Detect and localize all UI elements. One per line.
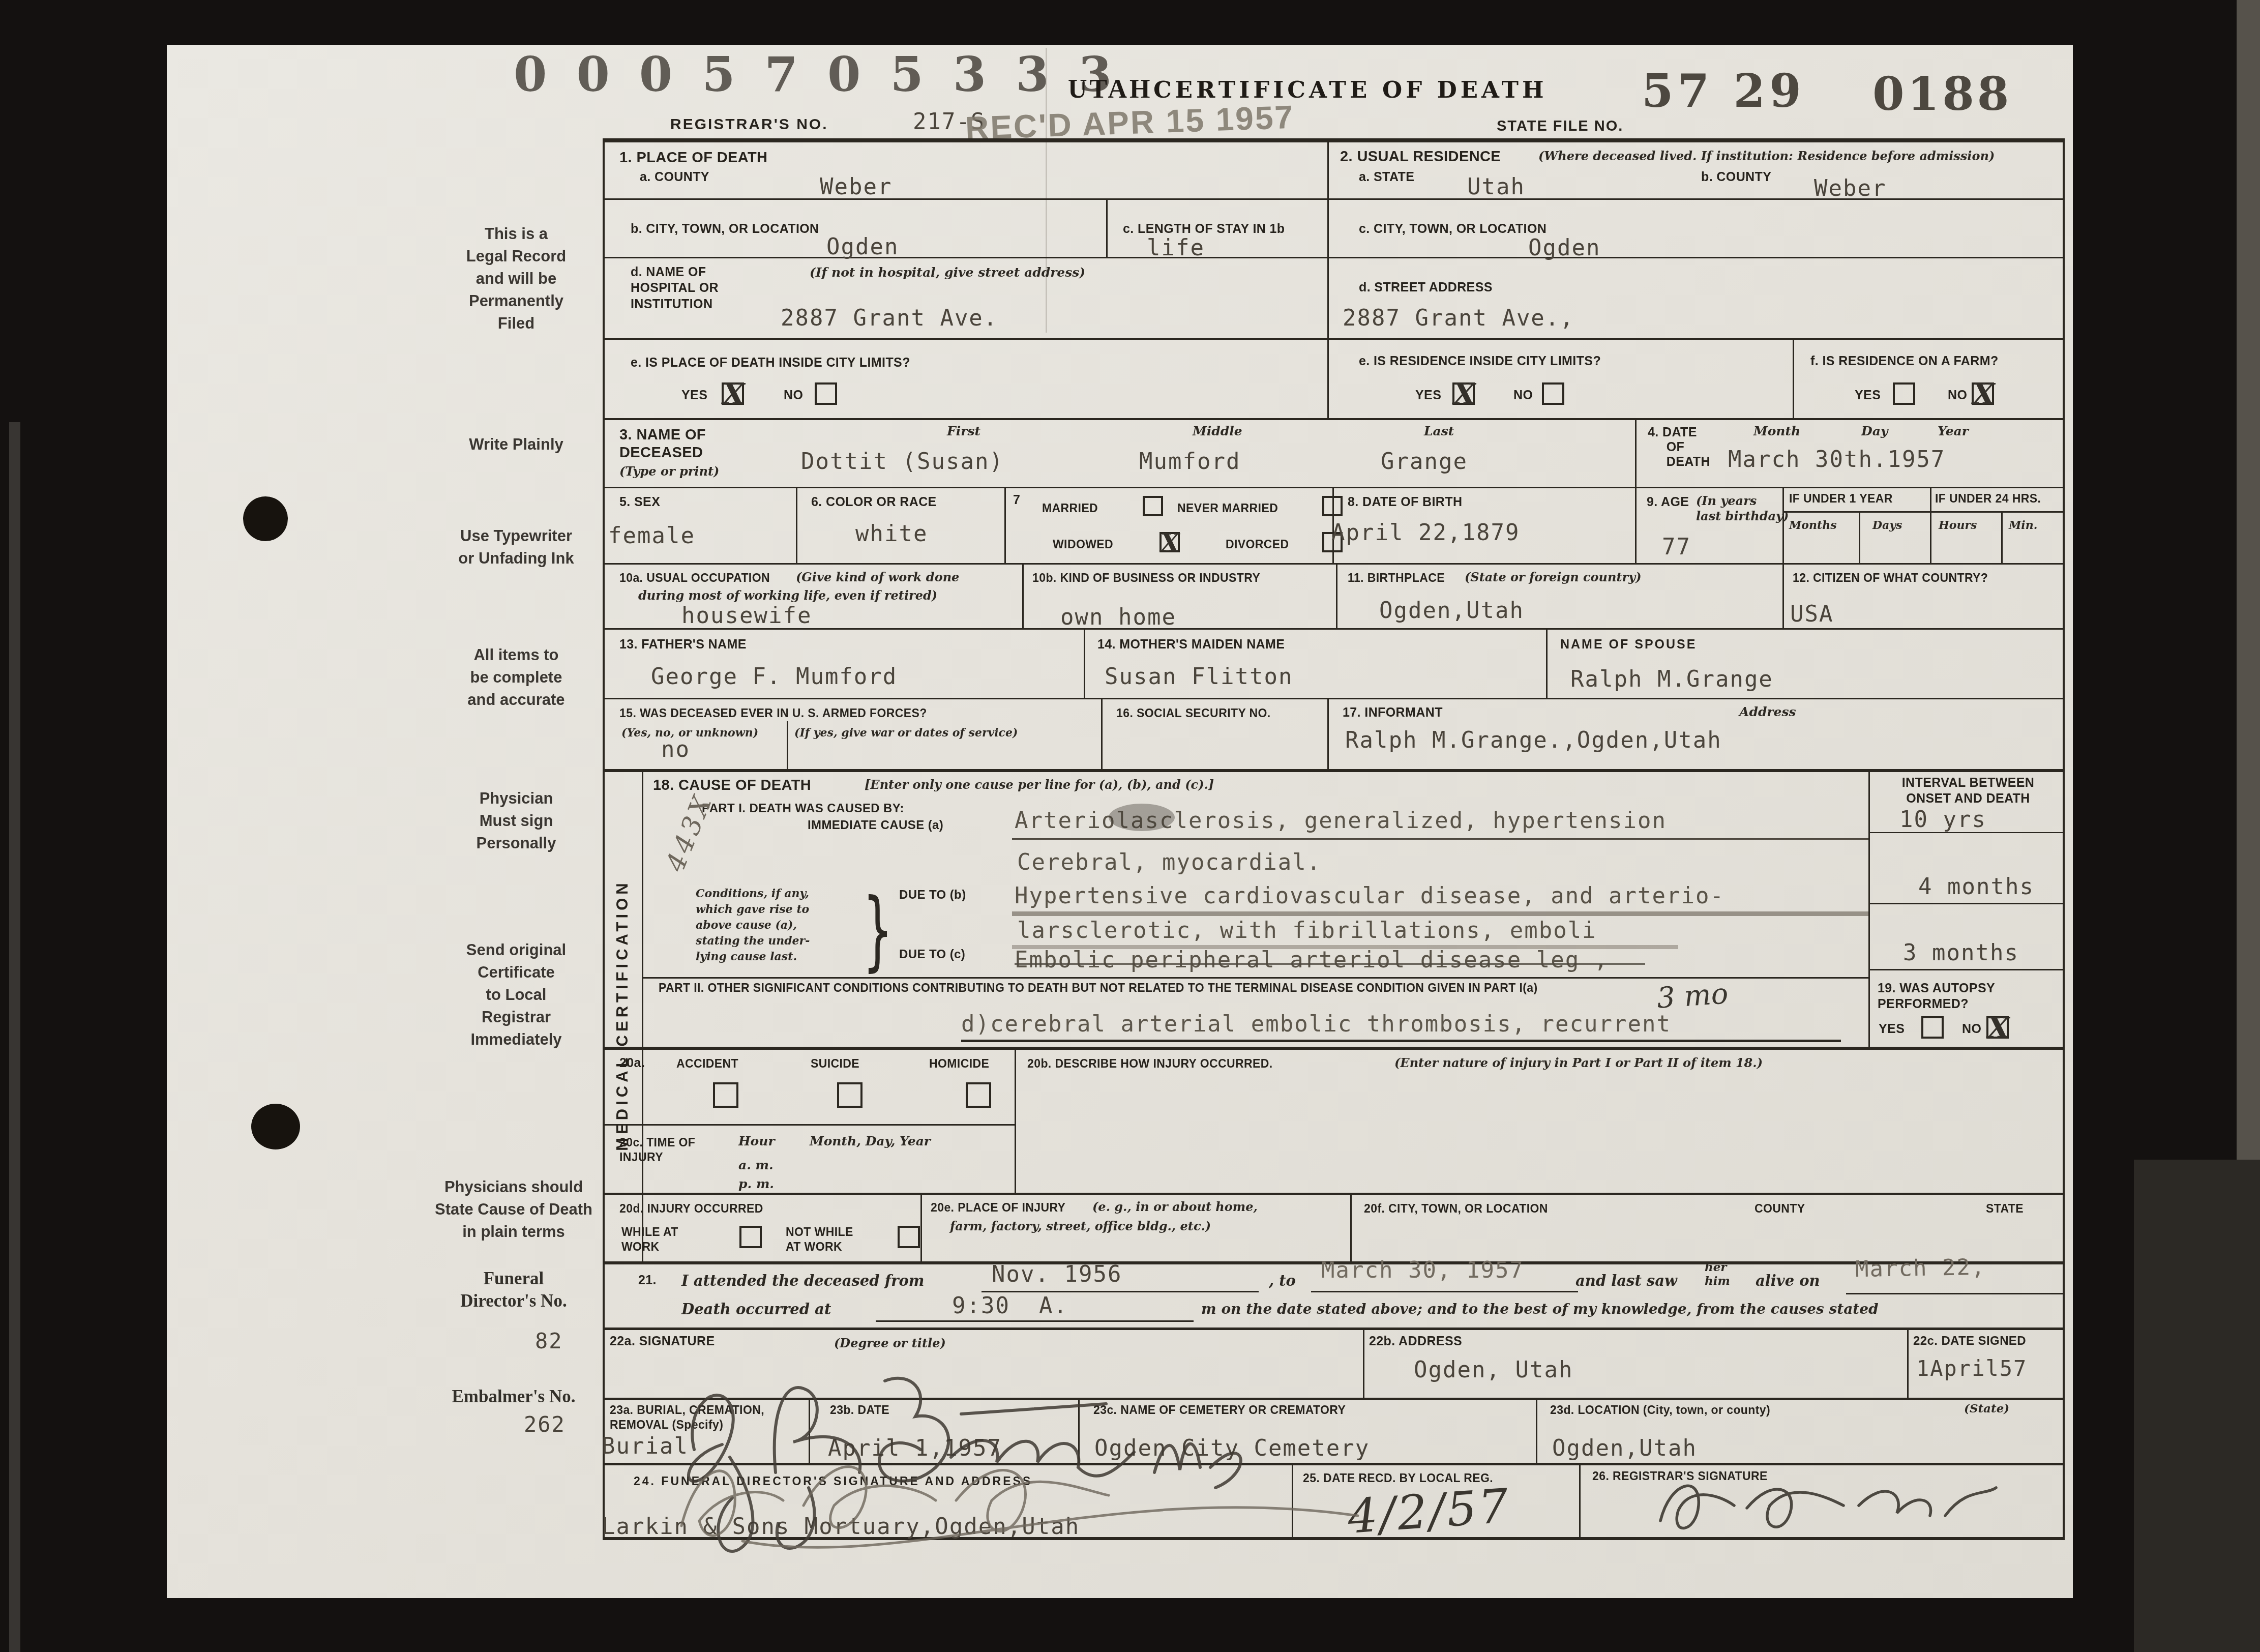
field-21-text6: m on the date stated above; and to the b… <box>1201 1300 1879 1318</box>
right-scan-strip <box>2237 0 2260 1160</box>
field-2e-no-checkbox <box>1542 382 1564 405</box>
field-12-value: USA <box>1790 601 1833 627</box>
field-9-min-label: Min. <box>2009 519 2037 533</box>
field-1b-value: Ogden <box>826 234 899 260</box>
field-18-part1-label: PART I. DEATH WAS CAUSED BY: <box>702 801 904 816</box>
field-1a-value: Weber <box>820 174 892 200</box>
field-8-label: 8. DATE OF BIRTH <box>1348 494 1462 510</box>
rule <box>1015 1047 1016 1194</box>
field-4-day-label: Day <box>1861 423 1888 439</box>
field-9-value: 77 <box>1662 534 1691 560</box>
field-14-label: 14. MOTHER'S MAIDEN NAME <box>1097 637 1285 653</box>
field-20f-label: 20f. CITY, TOWN, OR LOCATION <box>1364 1201 1548 1216</box>
field-2d-label: d. STREET ADDRESS <box>1359 280 1493 296</box>
field-2a-label: a. STATE <box>1359 169 1414 185</box>
field-3-last-label: Last <box>1424 423 1454 439</box>
rule <box>796 487 797 565</box>
field-9-under1-label: IF UNDER 1 YEAR <box>1789 491 1893 506</box>
field-18-part2-value: d)cerebral arterial embolic thrombosis, … <box>961 1011 1671 1037</box>
field-2-hint: (Where deceased lived. If institution: R… <box>1538 149 1995 164</box>
field-7-widowed-mark: X <box>1161 529 1179 557</box>
margin-note-physician-sign: Physician Must sign Personally <box>420 787 613 854</box>
rule <box>1859 511 1860 565</box>
rule <box>1930 487 1931 565</box>
field-13-value: George F. Mumford <box>651 664 897 690</box>
field-13-label: 13. FATHER'S NAME <box>619 637 747 653</box>
field-11-label: 11. BIRTHPLACE <box>1348 571 1445 585</box>
field-20a-suicide-label: SUICIDE <box>811 1056 859 1071</box>
field-22c-value: 1April57 <box>1916 1356 2027 1381</box>
field-18-title-hint: [Enter only one cause per line for (a), … <box>865 777 1214 792</box>
field-20a-accident-label: ACCIDENT <box>676 1056 738 1071</box>
field-20c-am-label: a. m. <box>738 1157 774 1173</box>
field-7-widowed-label: WIDOWED <box>1053 537 1113 552</box>
margin-note-use-typewriter: Use Typewriter or Unfading Ink <box>420 525 613 570</box>
field-4-month-label: Month <box>1753 423 1800 439</box>
entry-underline <box>1012 838 1868 840</box>
field-18-part2-label: PART II. OTHER SIGNIFICANT CONDITIONS CO… <box>659 981 1538 995</box>
field-23d-label: 23d. LOCATION (City, town, or county) <box>1550 1403 1770 1418</box>
state-file-stamp-left: 57 29 <box>1642 64 1805 118</box>
field-2e-yes-checkbox: X <box>1452 382 1475 405</box>
state-file-no-label: STATE FILE NO. <box>1497 117 1623 135</box>
rule <box>603 1193 2064 1195</box>
field-18-interval-c: 3 months <box>1903 940 2019 966</box>
rule <box>642 977 1868 979</box>
field-18-interval-b: 4 months <box>1918 874 2034 900</box>
field-20d-notwhile-label: NOT WHILE AT WORK <box>786 1225 853 1254</box>
rule <box>603 257 2064 258</box>
field-18b-line1: Hypertensive cardiovascular disease, and… <box>1015 883 1724 909</box>
rule <box>2063 138 2065 1540</box>
field-1e-yes-checkbox: X <box>722 382 744 405</box>
rule <box>603 698 2064 699</box>
field-20b-label: 20b. DESCRIBE HOW INJURY OCCURRED. <box>1027 1056 1273 1071</box>
rule <box>1022 563 1024 630</box>
field-9-hint: (In years last birthday) <box>1696 493 1789 524</box>
field-1a-label: a. COUNTY <box>640 169 709 185</box>
rule <box>1327 698 1329 771</box>
field-7-widowed-checkbox: X <box>1159 532 1180 552</box>
field-20f-state-label: STATE <box>1986 1201 2024 1216</box>
field-spouse-value: Ralph M.Grange <box>1570 666 1773 692</box>
field-20e-hint1: (e. g., in or about home, <box>1092 1199 1258 1215</box>
field-20c-label: 20c. TIME OF INJURY <box>619 1135 695 1165</box>
field-19-no-checkbox: X <box>1986 1016 2009 1039</box>
field-21-value-lastseen: March 22, <box>1855 1254 1986 1282</box>
field-21-num: 21. <box>638 1273 657 1288</box>
field-7-label: 7 <box>1013 492 1020 508</box>
field-2f-yes-checkbox <box>1893 382 1915 405</box>
field-22b-label: 22b. ADDRESS <box>1369 1334 1462 1349</box>
field-1d-hint: (If not in hospital, give street address… <box>810 264 1085 280</box>
field-7-never-married-checkbox <box>1322 496 1343 516</box>
right-scan-corner <box>2134 1160 2260 1652</box>
field-22b-value: Ogden, Utah <box>1414 1357 1573 1383</box>
field-1c-value: life <box>1147 235 1205 261</box>
field-20c-mdy-label: Month, Day, Year <box>810 1133 931 1149</box>
margin-note-send-original: Send original Certificate to Local Regis… <box>420 939 613 1051</box>
margin-note-all-items: All items to be complete and accurate <box>420 644 613 711</box>
field-5-value: female <box>608 523 695 549</box>
field-23d-state-label: (State) <box>1964 1402 2009 1417</box>
field-17-label: 17. INFORMANT <box>1343 705 1443 721</box>
field-17-value: Ralph M.Grange.,Ogden,Utah <box>1345 727 1722 753</box>
punch-hole <box>243 496 288 541</box>
entry-underline <box>982 1291 1259 1292</box>
field-3-middle-label: Middle <box>1193 423 1242 439</box>
field-2b-label: b. COUNTY <box>1701 169 1771 185</box>
margin-note-plain-terms: Physicians should State Cause of Death i… <box>402 1176 626 1243</box>
registrars-no-label: REGISTRAR'S NO. <box>670 115 828 134</box>
field-1b-label: b. CITY, TOWN, OR LOCATION <box>631 221 819 237</box>
field-18-due-b-label: DUE TO (b) <box>899 888 966 903</box>
field-20a-homicide-checkbox <box>966 1082 991 1108</box>
field-2f-no-label: NO <box>1948 388 1967 403</box>
field-11-hint: (State or foreign country) <box>1465 570 1642 585</box>
field-15-hint2: (If yes, give war or dates of service) <box>794 726 1018 741</box>
embalmers-no-value: 262 <box>524 1412 566 1437</box>
field-20a-suicide-checkbox <box>837 1082 863 1108</box>
field-18-immediate-label: IMMEDIATE CAUSE (a) <box>808 818 943 833</box>
rule <box>1782 563 1784 630</box>
field-21-value-to: March 30, 1957 <box>1321 1257 1524 1283</box>
rule <box>1635 418 1637 488</box>
field-10a-hint1: (Give kind of work done <box>796 570 959 585</box>
rule <box>1635 487 1637 565</box>
field-18-due-c-label: DUE TO (c) <box>899 947 965 962</box>
funeral-directors-no-value: 82 <box>535 1329 563 1353</box>
field-12-label: 12. CITIZEN OF WHAT COUNTRY? <box>1793 571 1988 585</box>
field-16-label: 16. SOCIAL SECURITY NO. <box>1116 706 1271 721</box>
entry-underline <box>1311 1291 1578 1292</box>
rule <box>1546 628 1548 699</box>
rule <box>642 769 643 1261</box>
rule <box>1350 1193 1352 1263</box>
field-18-conditions-hint: Conditions, if any, which gave rise to a… <box>696 886 810 965</box>
rule <box>1106 198 1108 258</box>
field-3-hint: (Type or print) <box>619 464 719 479</box>
serial-number-stamp: 0005705333 <box>514 47 1141 103</box>
rule <box>603 138 2064 142</box>
field-18-title: 18. CAUSE OF DEATH <box>653 776 811 794</box>
field-20a-accident-checkbox <box>713 1082 738 1108</box>
field-9-under24-label: IF UNDER 24 HRS. <box>1935 491 2041 506</box>
field-10a-label: 10a. USUAL OCCUPATION <box>619 571 770 585</box>
rule <box>1336 563 1337 630</box>
field-7-married-checkbox <box>1143 496 1163 516</box>
field-10a-hint2: during most of working life, even if ret… <box>638 588 937 603</box>
field-18-interval-a: 10 yrs <box>1899 807 1986 833</box>
field-6-label: 6. COLOR OR RACE <box>811 494 937 510</box>
field-21-text4: alive on <box>1756 1272 1820 1290</box>
rule <box>1907 1327 1909 1399</box>
field-7-divorced-label: DIVORCED <box>1226 537 1289 552</box>
field-20d-while-label: WHILE AT WORK <box>621 1225 678 1254</box>
title-utah: UTAH <box>1068 74 1152 104</box>
margin-note-legal-record: This is a Legal Record and will be Perma… <box>420 223 613 335</box>
field-1e-no-checkbox <box>815 382 837 405</box>
rule <box>603 338 2064 340</box>
field-19-label: 19. WAS AUTOPSY PERFORMED? <box>1878 981 1995 1013</box>
rule <box>1868 769 1870 1048</box>
strike-through <box>1015 963 1645 965</box>
field-7-never-married-label: NEVER MARRIED <box>1177 501 1278 516</box>
field-1e-yes-label: YES <box>681 388 707 403</box>
rule <box>1101 698 1103 771</box>
field-1e-label: e. IS PLACE OF DEATH INSIDE CITY LIMITS? <box>631 355 910 371</box>
rule <box>787 721 788 770</box>
entry-underline <box>1012 911 1868 916</box>
rule <box>1084 628 1085 699</box>
field-9-hours-label: Hours <box>1939 519 1977 533</box>
field-2d-value: 2887 Grant Ave., <box>1343 305 1574 331</box>
rule <box>603 769 2064 772</box>
field-3-title: 3. NAME OF DECEASED <box>619 426 706 462</box>
field-10b-label: 10b. KIND OF BUSINESS OR INDUSTRY <box>1032 571 1260 585</box>
rule <box>1327 138 1329 420</box>
field-10a-value: housewife <box>681 603 812 629</box>
rule <box>603 628 2064 630</box>
entry-underline <box>1846 1293 2063 1294</box>
field-2f-no-checkbox: X <box>1972 382 1994 405</box>
field-20f-county-label: COUNTY <box>1755 1201 1805 1216</box>
punch-hole <box>251 1104 300 1149</box>
field-2c-label: c. CITY, TOWN, OR LOCATION <box>1359 221 1547 237</box>
rule <box>1363 1327 1364 1399</box>
field-21-value-from: Nov. 1956 <box>992 1261 1122 1287</box>
field-spouse-label: NAME OF SPOUSE <box>1560 637 1697 653</box>
field-18-interval-label: INTERVAL BETWEEN ONSET AND DEATH <box>1877 775 2060 807</box>
field-20d-label: 20d. INJURY OCCURRED <box>619 1201 763 1216</box>
page-title: CERTIFICATE OF DEATH <box>1153 76 1548 103</box>
field-19-no-label: NO <box>1962 1021 1981 1037</box>
field-2b-value: Weber <box>1814 175 1886 201</box>
field-2e-yes-mark: X <box>1453 377 1475 411</box>
field-15-value: no <box>661 736 690 762</box>
field-2-title: 2. USUAL RESIDENCE <box>1340 147 1501 166</box>
field-11-value: Ogden,Utah <box>1379 598 1524 624</box>
field-19-yes-checkbox <box>1921 1016 1944 1039</box>
field-3-first-value: Dottit (Susan) <box>801 449 1004 475</box>
brace: } <box>863 880 893 981</box>
field-4-title: 4. DATE OF DEATH <box>1648 425 1710 469</box>
field-20b-hint: (Enter nature of injury in Part I or Par… <box>1394 1055 1763 1071</box>
field-20e-hint2: farm, factory, street, office bldg., etc… <box>950 1219 1211 1234</box>
correction-smudge <box>1109 804 1175 831</box>
field-3-first-label: First <box>947 423 980 439</box>
field-20d-notwhile-checkbox <box>898 1226 920 1248</box>
field-17-address-label: Address <box>1739 704 1796 720</box>
field-19-no-mark: X <box>1987 1011 2009 1045</box>
margin-note-write-plainly: Write Plainly <box>420 433 613 456</box>
rule <box>1004 487 1006 565</box>
scanned-death-certificate: 0005705333 UTAH CERTIFICATE OF DEATH REG… <box>0 0 2260 1652</box>
rule <box>603 138 605 1540</box>
field-5-label: 5. SEX <box>619 494 660 510</box>
field-8-value: April 22,1879 <box>1331 520 1520 546</box>
field-2e-yes-label: YES <box>1415 388 1441 403</box>
field-21-text3: and last saw <box>1575 1272 1677 1290</box>
field-1d-value: 2887 Grant Ave. <box>781 305 998 331</box>
field-3-middle-value: Mumford <box>1139 449 1240 475</box>
field-15-label: 15. WAS DECEASED EVER IN U. S. ARMED FOR… <box>619 706 927 721</box>
field-2c-value: Ogden <box>1528 235 1600 261</box>
field-18c-line1: Embolic peripheral arteriol disease leg … <box>1015 947 1609 973</box>
field-21-her-him: her him <box>1705 1260 1730 1288</box>
funeral-director-signature <box>651 1419 1388 1572</box>
medical-certification-vertical-label: MEDICAL CERTIFICATION <box>613 879 632 1150</box>
field-21-text2: , to <box>1269 1272 1296 1290</box>
field-4-year-label: Year <box>1938 423 1969 439</box>
scan-edge-strip <box>9 422 20 1652</box>
funeral-directors-no-label: Funeral Director's No. <box>407 1267 620 1312</box>
rule <box>603 1124 1015 1126</box>
field-20a-num: 20a. <box>619 1055 645 1071</box>
field-19-yes-label: YES <box>1879 1021 1905 1037</box>
field-9-days-label: Days <box>1872 519 1902 533</box>
field-2f-no-mark: X <box>1973 377 1995 411</box>
field-20c-hour-label: Hour <box>738 1133 775 1149</box>
field-20e-label: 20e. PLACE OF INJURY <box>931 1200 1065 1215</box>
field-1d-label: d. NAME OF HOSPITAL OR INSTITUTION <box>631 264 719 312</box>
field-6-value: white <box>855 521 928 547</box>
rule <box>1782 511 2064 513</box>
field-9-months-label: Months <box>1789 519 1837 533</box>
field-14-value: Susan Flitton <box>1105 664 1293 690</box>
field-22c-label: 22c. DATE SIGNED <box>1913 1334 2026 1349</box>
rule <box>1868 903 2064 904</box>
registrar-signature <box>1640 1457 2011 1546</box>
field-9-label: 9. AGE <box>1647 494 1689 510</box>
field-20a-homicide-label: HOMICIDE <box>929 1056 989 1071</box>
field-1e-no-label: NO <box>784 388 803 403</box>
rule <box>1868 969 2064 970</box>
rule <box>1536 1398 1537 1464</box>
embalmers-no-label: Embalmer's No. <box>407 1385 620 1408</box>
field-3-last-value: Grange <box>1381 449 1468 475</box>
field-2a-value: Utah <box>1467 174 1525 200</box>
field-20c-pm-label: p. m. <box>738 1176 774 1192</box>
field-18b-line2: larsclerotic, with fibrillations, emboli <box>1017 918 1597 943</box>
field-10b-value: own home <box>1060 604 1176 630</box>
rule <box>603 1047 2064 1050</box>
field-7-married-label: MARRIED <box>1042 501 1098 516</box>
field-4-value: March 30th.1957 <box>1728 447 1945 473</box>
rule <box>603 418 2064 420</box>
field-20d-while-checkbox <box>739 1226 762 1248</box>
field-1-title: 1. PLACE OF DEATH <box>619 149 767 167</box>
field-21-text1: I attended the deceased from <box>681 1272 924 1290</box>
field-18a-line2: Cerebral, myocardial. <box>1017 849 1321 875</box>
field-2f-yes-label: YES <box>1855 388 1881 403</box>
state-file-stamp-right: 0188 <box>1872 67 2012 121</box>
rule <box>2001 511 2003 565</box>
field-18-part2-handwritten: 3 mo <box>1656 977 1729 1015</box>
field-2e-label: e. IS RESIDENCE INSIDE CITY LIMITS? <box>1359 353 1601 369</box>
field-1e-yes-mark: X <box>723 377 745 411</box>
field-2e-no-label: NO <box>1513 388 1533 403</box>
rule <box>1793 338 1794 420</box>
field-2f-label: f. IS RESIDENCE ON A FARM? <box>1810 353 1999 369</box>
entry-underline <box>961 1040 1841 1042</box>
rule <box>920 1193 922 1263</box>
rule <box>1579 1463 1581 1538</box>
